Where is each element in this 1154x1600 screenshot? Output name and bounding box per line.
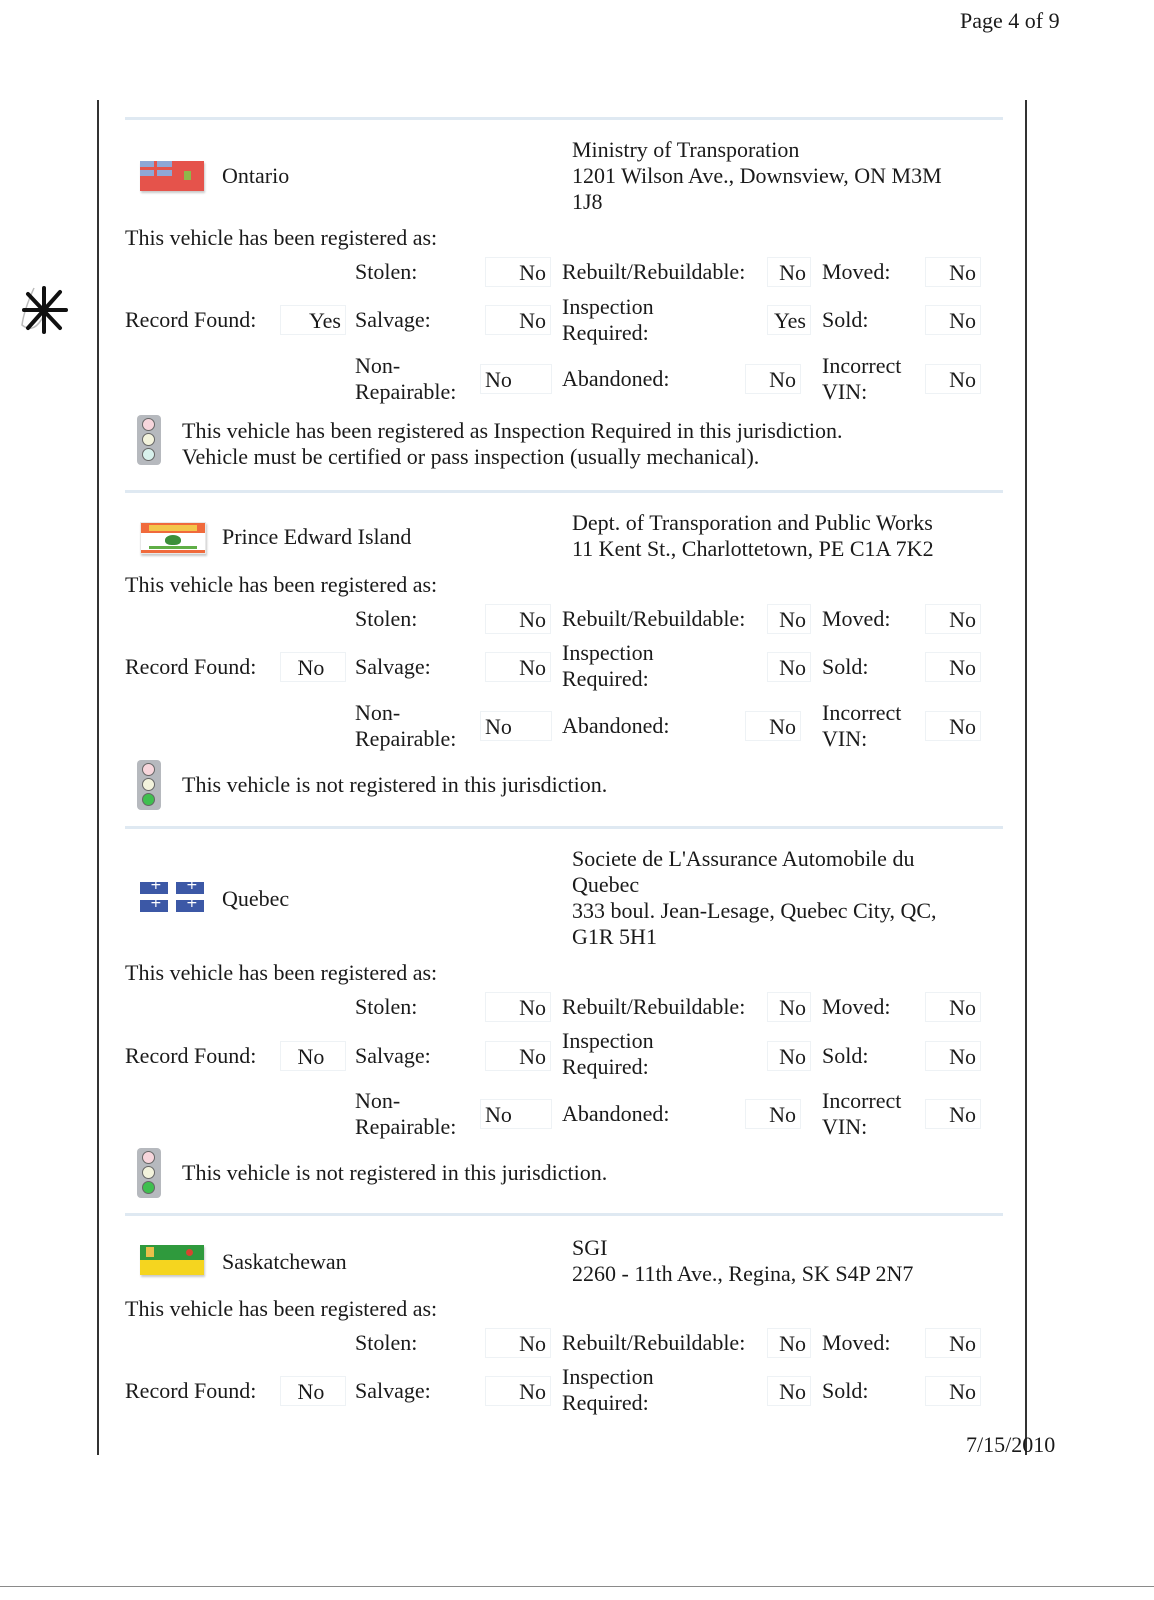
stolen-label: Stolen: [355, 606, 417, 632]
rebuilt-label: Rebuilt/Rebuildable: [562, 994, 745, 1020]
agency-address: Ministry of Transporation 1201 Wilson Av… [572, 137, 942, 215]
stolen-value: No [485, 1328, 551, 1358]
moved-value: No [925, 1328, 981, 1358]
moved-label: Moved: [822, 259, 890, 285]
salvage-value: No [485, 1376, 551, 1406]
label-line: Repairable: [355, 726, 456, 752]
rebuilt-value: No [767, 604, 811, 634]
abandoned-label: Abandoned: [562, 713, 670, 739]
record-found-label: Record Found: [125, 654, 256, 680]
traffic-light-green-icon [137, 1148, 161, 1198]
agency-line: Ministry of Transporation [572, 137, 942, 163]
agency-address: Societe de L'Assurance Automobile du Que… [572, 846, 937, 950]
record-found-label: Record Found: [125, 1378, 256, 1404]
agency-line: Dept. of Transporation and Public Works [572, 510, 934, 536]
incorrect-vin-value: No [925, 1099, 981, 1129]
inspection-required-label: InspectionRequired: [562, 640, 654, 692]
section-divider [125, 117, 1003, 120]
label-line: Inspection [562, 1364, 654, 1390]
sold-value: No [925, 305, 981, 335]
pei-flag-icon [140, 522, 206, 554]
label-line: VIN: [822, 1114, 901, 1140]
agency-line: 333 boul. Jean-Lesage, Quebec City, QC, [572, 898, 937, 924]
non-repairable-label: Non-Repairable: [355, 700, 456, 752]
label-line: Repairable: [355, 379, 456, 405]
label-line: Required: [562, 666, 654, 692]
sold-value: No [925, 1376, 981, 1406]
rebuilt-value: No [767, 257, 811, 287]
non-repairable-value: No [480, 1099, 552, 1129]
inspection-required-label: InspectionRequired: [562, 1028, 654, 1080]
rebuilt-label: Rebuilt/Rebuildable: [562, 606, 745, 632]
traffic-light-caution-icon [137, 415, 161, 465]
agency-line: Quebec [572, 872, 937, 898]
agency-line: 1J8 [572, 189, 942, 215]
registered-as-label: This vehicle has been registered as: [125, 225, 437, 251]
jurisdiction-ontario: Ontario Ministry of Transporation 1201 W… [125, 117, 1003, 497]
abandoned-value: No [745, 1099, 801, 1129]
moved-value: No [925, 992, 981, 1022]
inspection-required-label: InspectionRequired: [562, 1364, 654, 1416]
status-message: This vehicle is not registered in this j… [182, 1160, 607, 1186]
label-line: Repairable: [355, 1114, 456, 1140]
section-divider [125, 490, 1003, 493]
inspection-required-value: No [767, 1376, 811, 1406]
salvage-label: Salvage: [355, 654, 431, 680]
inspection-required-value: No [767, 1041, 811, 1071]
frame-border-left [97, 100, 99, 1455]
registered-as-label: This vehicle has been registered as: [125, 1296, 437, 1322]
section-divider [125, 826, 1003, 829]
jurisdiction-saskatchewan: Saskatchewan SGI 2260 - 11th Ave., Regin… [125, 1213, 1003, 1428]
page-number: Page 4 of 9 [960, 8, 1060, 34]
label-line: Non- [355, 353, 456, 379]
sold-label: Sold: [822, 654, 868, 680]
province-name: Prince Edward Island [222, 524, 411, 550]
non-repairable-value: No [480, 364, 552, 394]
sold-value: No [925, 1041, 981, 1071]
jurisdiction-quebec: Quebec Societe de L'Assurance Automobile… [125, 826, 1003, 1216]
province-name: Quebec [222, 886, 289, 912]
section-divider [125, 1213, 1003, 1216]
sold-value: No [925, 652, 981, 682]
agency-line: G1R 5H1 [572, 924, 937, 950]
record-found-label: Record Found: [125, 307, 256, 333]
sold-label: Sold: [822, 307, 868, 333]
non-repairable-label: Non-Repairable: [355, 353, 456, 405]
incorrect-vin-value: No [925, 364, 981, 394]
moved-label: Moved: [822, 606, 890, 632]
saskatchewan-flag-icon [140, 1245, 204, 1275]
incorrect-vin-value: No [925, 711, 981, 741]
inspection-required-value: No [767, 652, 811, 682]
salvage-label: Salvage: [355, 307, 431, 333]
label-line: Non- [355, 1088, 456, 1114]
agency-line: 1201 Wilson Ave., Downsview, ON M3M [572, 163, 942, 189]
abandoned-value: No [745, 711, 801, 741]
record-found-value: No [280, 652, 346, 682]
incorrect-vin-label: IncorrectVIN: [822, 700, 901, 752]
page-bottom-edge [0, 1586, 1154, 1587]
record-found-value: No [280, 1376, 346, 1406]
moved-label: Moved: [822, 1330, 890, 1356]
stolen-value: No [485, 992, 551, 1022]
inspection-required-label: InspectionRequired: [562, 294, 654, 346]
stolen-value: No [485, 257, 551, 287]
stolen-label: Stolen: [355, 994, 417, 1020]
province-name: Ontario [222, 163, 289, 189]
label-line: Required: [562, 1054, 654, 1080]
status-line: Vehicle must be certified or pass inspec… [182, 444, 842, 470]
rebuilt-value: No [767, 992, 811, 1022]
status-message: This vehicle has been registered as Insp… [182, 418, 842, 470]
stolen-label: Stolen: [355, 1330, 417, 1356]
salvage-value: No [485, 1041, 551, 1071]
record-found-label: Record Found: [125, 1043, 256, 1069]
moved-label: Moved: [822, 994, 890, 1020]
salvage-value: No [485, 305, 551, 335]
agency-line: SGI [572, 1235, 913, 1261]
label-line: VIN: [822, 379, 901, 405]
label-line: VIN: [822, 726, 901, 752]
agency-line: 2260 - 11th Ave., Regina, SK S4P 2N7 [572, 1261, 913, 1287]
registered-as-label: This vehicle has been registered as: [125, 572, 437, 598]
agency-address: Dept. of Transporation and Public Works … [572, 510, 934, 562]
inspection-required-value: Yes [767, 305, 811, 335]
abandoned-label: Abandoned: [562, 1101, 670, 1127]
province-name: Saskatchewan [222, 1249, 347, 1275]
label-line: Incorrect [822, 700, 901, 726]
agency-line: 11 Kent St., Charlottetown, PE C1A 7K2 [572, 536, 934, 562]
rebuilt-label: Rebuilt/Rebuildable: [562, 259, 745, 285]
rebuilt-value: No [767, 1328, 811, 1358]
record-found-value: Yes [280, 305, 346, 335]
label-line: Required: [562, 320, 654, 346]
salvage-label: Salvage: [355, 1043, 431, 1069]
abandoned-label: Abandoned: [562, 366, 670, 392]
asterisk-annotation-icon [14, 280, 74, 340]
record-found-value: No [280, 1041, 346, 1071]
salvage-label: Salvage: [355, 1378, 431, 1404]
agency-address: SGI 2260 - 11th Ave., Regina, SK S4P 2N7 [572, 1235, 913, 1287]
stolen-label: Stolen: [355, 259, 417, 285]
label-line: Incorrect [822, 353, 901, 379]
sold-label: Sold: [822, 1378, 868, 1404]
status-message: This vehicle is not registered in this j… [182, 772, 607, 798]
incorrect-vin-label: IncorrectVIN: [822, 1088, 901, 1140]
sold-label: Sold: [822, 1043, 868, 1069]
label-line: Inspection [562, 640, 654, 666]
footer-date: 7/15/2010 [966, 1432, 1055, 1458]
stolen-value: No [485, 604, 551, 634]
frame-border-right [1025, 100, 1027, 1455]
status-line: This vehicle has been registered as Insp… [182, 418, 842, 444]
label-line: Inspection [562, 1028, 654, 1054]
incorrect-vin-label: IncorrectVIN: [822, 353, 901, 405]
registered-as-label: This vehicle has been registered as: [125, 960, 437, 986]
quebec-flag-icon [140, 882, 204, 912]
rebuilt-label: Rebuilt/Rebuildable: [562, 1330, 745, 1356]
non-repairable-label: Non-Repairable: [355, 1088, 456, 1140]
salvage-value: No [485, 652, 551, 682]
traffic-light-green-icon [137, 760, 161, 810]
label-line: Inspection [562, 294, 654, 320]
label-line: Required: [562, 1390, 654, 1416]
agency-line: Societe de L'Assurance Automobile du [572, 846, 937, 872]
label-line: Non- [355, 700, 456, 726]
ontario-flag-icon [140, 161, 204, 191]
non-repairable-value: No [480, 711, 552, 741]
abandoned-value: No [745, 364, 801, 394]
jurisdiction-prince-edward-island: Prince Edward Island Dept. of Transporat… [125, 490, 1003, 825]
label-line: Incorrect [822, 1088, 901, 1114]
moved-value: No [925, 257, 981, 287]
moved-value: No [925, 604, 981, 634]
